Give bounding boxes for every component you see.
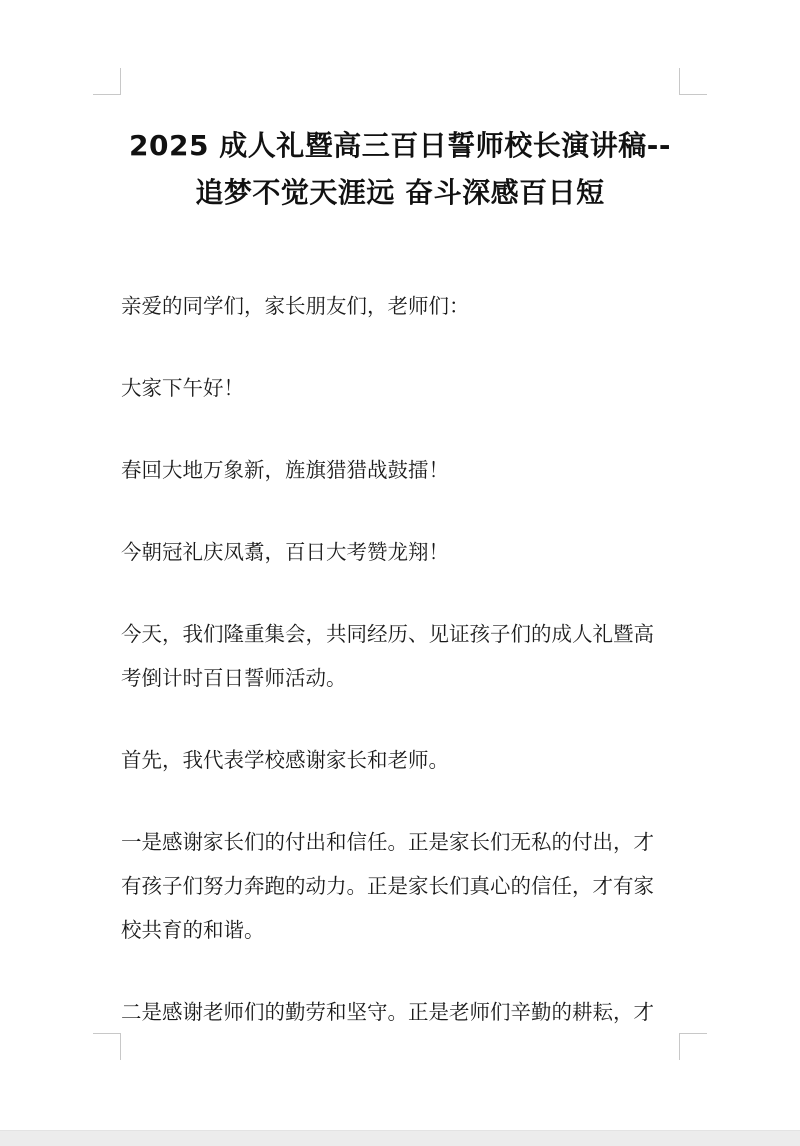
text-line: 一是感谢家长们的付出和信任。正是家长们无私的付出，才: [121, 820, 683, 864]
document-page: 2025 成人礼暨高三百日誓师校长演讲稿-- 追梦不觉天涯远 奋斗深感百日短 亲…: [0, 0, 800, 1130]
crop-mark-bottom-right: [679, 1033, 707, 1060]
paragraph-couplet-1: 春回大地万象新，旌旗猎猎战鼓擂！: [121, 448, 683, 492]
text-line: 首先，我代表学校感谢家长和老师。: [121, 738, 683, 782]
crop-mark-top-right: [679, 68, 707, 95]
title-line-1: 2025 成人礼暨高三百日誓师校长演讲稿--: [100, 122, 700, 169]
text-line: 二是感谢老师们的勤劳和坚守。正是老师们辛勤的耕耘，才: [121, 990, 683, 1034]
paragraph-couplet-2: 今朝冠礼庆凤翥，百日大考赞龙翔！: [121, 530, 683, 574]
text-line: 亲爱的同学们，家长朋友们，老师们：: [121, 284, 683, 328]
text-line: 考倒计时百日誓师活动。: [121, 656, 683, 700]
document-title: 2025 成人礼暨高三百日誓师校长演讲稿-- 追梦不觉天涯远 奋斗深感百日短: [100, 122, 700, 216]
paragraph-salutation: 亲爱的同学们，家长朋友们，老师们：: [121, 284, 683, 328]
page-gap-band: [0, 1130, 800, 1146]
document-body: 亲爱的同学们，家长朋友们，老师们： 大家下午好！ 春回大地万象新，旌旗猎猎战鼓擂…: [121, 284, 683, 1072]
text-line: 有孩子们努力奔跑的动力。正是家长们真心的信任，才有家: [121, 864, 683, 908]
crop-mark-top-left: [93, 68, 121, 95]
title-line-2: 追梦不觉天涯远 奋斗深感百日短: [100, 169, 700, 216]
text-line: 大家下午好！: [121, 366, 683, 410]
paragraph-intro: 今天，我们隆重集会，共同经历、见证孩子们的成人礼暨高 考倒计时百日誓师活动。: [121, 612, 683, 700]
text-line: 春回大地万象新，旌旗猎猎战鼓擂！: [121, 448, 683, 492]
paragraph-thanks: 首先，我代表学校感谢家长和老师。: [121, 738, 683, 782]
paragraph-thanks-parents: 一是感谢家长们的付出和信任。正是家长们无私的付出，才 有孩子们努力奔跑的动力。正…: [121, 820, 683, 952]
crop-mark-bottom-left: [93, 1033, 121, 1060]
paragraph-greeting: 大家下午好！: [121, 366, 683, 410]
text-line: 今天，我们隆重集会，共同经历、见证孩子们的成人礼暨高: [121, 612, 683, 656]
text-line: 今朝冠礼庆凤翥，百日大考赞龙翔！: [121, 530, 683, 574]
paragraph-thanks-teachers: 二是感谢老师们的勤劳和坚守。正是老师们辛勤的耕耘，才: [121, 990, 683, 1034]
text-line: 校共育的和谐。: [121, 908, 683, 952]
